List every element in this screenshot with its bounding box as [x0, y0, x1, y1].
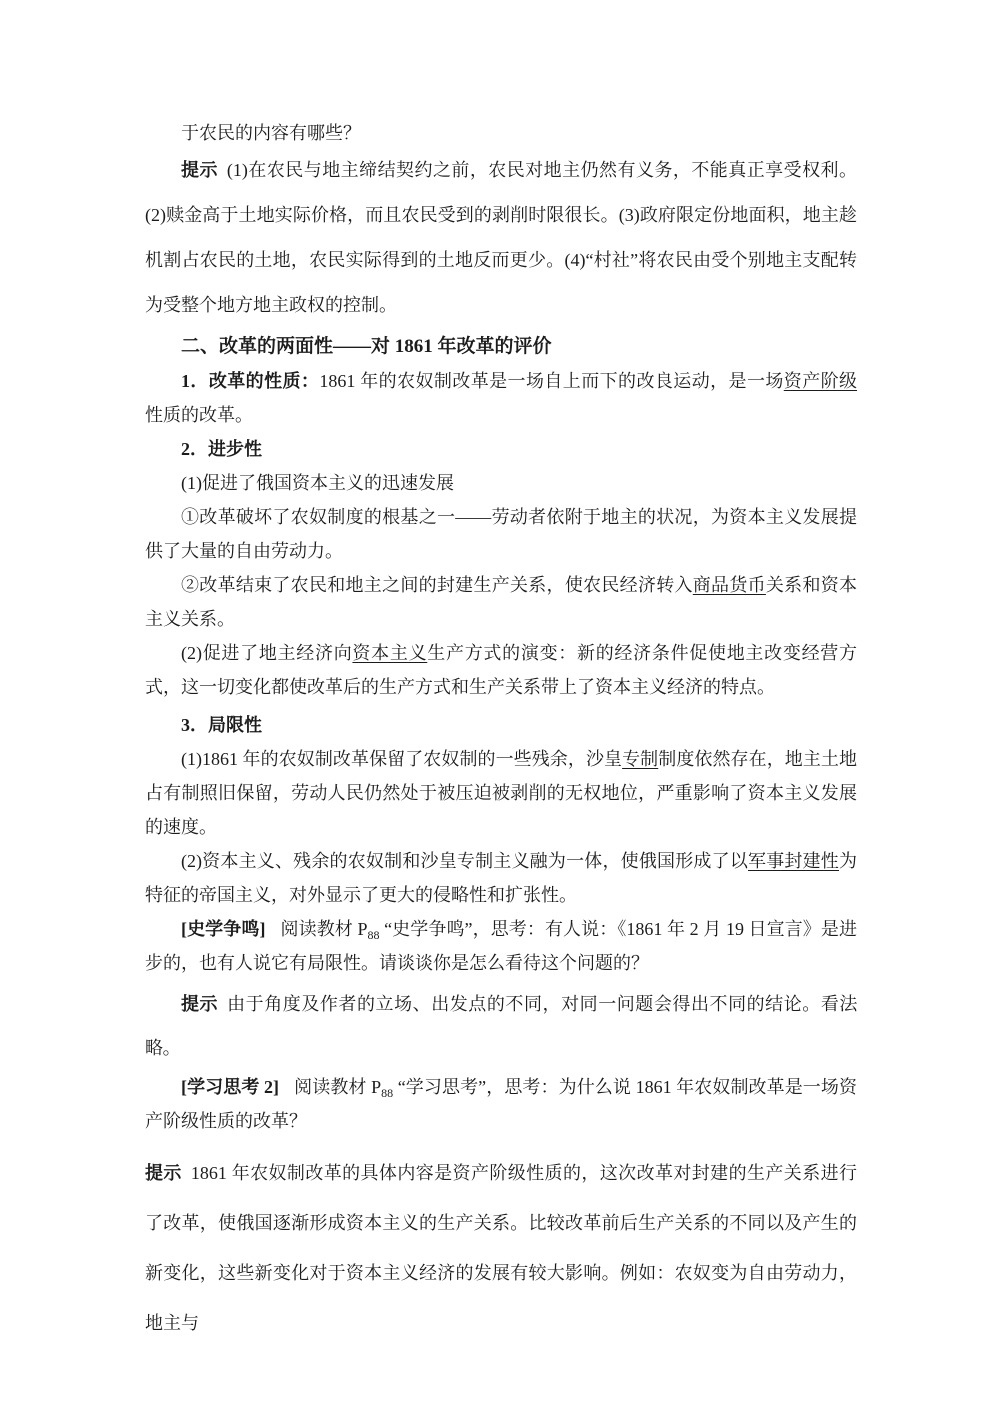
text-run: 阅读教材 P	[294, 1077, 381, 1097]
underlined-term: 军事封建性	[748, 851, 839, 871]
text-run: (1)促进了俄国资本主义的迅速发展	[181, 473, 454, 493]
label-text: 提示	[181, 994, 218, 1014]
text-run: 1861 年农奴制改革的具体内容是资产阶级性质的，这次改革对封建的生产关系进行了…	[145, 1163, 857, 1333]
label-text: 1．改革的性质：	[181, 371, 319, 391]
hint-answer-2: 提示由于角度及作者的立场、出发点的不同，对同一问题会得出不同的结论。看法略。	[145, 982, 857, 1070]
progress-item-1-sub-1: ①改革破坏了农奴制度的根基之一——劳动者依附于地主的状况，为资本主义发展提供了大…	[145, 500, 857, 568]
text-run: (2)资本主义、残余的农奴制和沙皇专制主义融为一体，使俄国形成了以	[181, 851, 748, 871]
document-page: { "page": { "background_color": "#ffffff…	[0, 0, 1000, 1414]
page-number-subscript: 88	[368, 928, 380, 942]
limitation-item-1: (1)1861 年的农奴制改革保留了农奴制的一些残余，沙皇专制制度依然存在，地主…	[145, 742, 857, 844]
text-run: ①改革破坏了农奴制度的根基之一——劳动者依附于地主的状况，为资本主义发展提供了大…	[145, 507, 857, 561]
xuexi-sikao-2-block: [学习思考 2]阅读教材 P88 “学习思考”，思考：为什么说 1861 年农奴…	[145, 1070, 857, 1138]
hint-answer-3: 提示1861 年农奴制改革的具体内容是资产阶级性质的，这次改革对封建的生产关系进…	[145, 1148, 857, 1348]
text-run: 二、改革的两面性——对 1861 年改革的评价	[181, 336, 552, 357]
text-run: 3．局限性	[181, 715, 262, 735]
page-number-subscript: 88	[381, 1086, 393, 1100]
text-run: 于农民的内容有哪些？	[181, 123, 361, 143]
underlined-term: 资产阶级	[784, 371, 857, 391]
progress-item-2: (2)促进了地主经济向资本主义生产方式的演变：新的经济条件促使地主改变经营方式，…	[145, 636, 857, 704]
underlined-term: 商品货币	[693, 575, 766, 595]
text-run: 阅读教材 P	[280, 919, 367, 939]
text-run: 性质的改革。	[145, 405, 253, 425]
text-run: 2．进步性	[181, 439, 262, 459]
document-body: 于农民的内容有哪些？提示(1)在农民与地主缔结契约之前，农民对地主仍然有义务，不…	[145, 118, 857, 1348]
progress-item-1-sub-2: ②改革结束了农民和地主之间的封建生产关系，使农民经济转入商品货币关系和资本主义关…	[145, 568, 857, 636]
point-1-reform-nature: 1．改革的性质：1861 年的农奴制改革是一场自上而下的改良运动，是一场资产阶级…	[145, 364, 857, 432]
limitation-item-2: (2)资本主义、残余的农奴制和沙皇专制主义融为一体，使俄国形成了以军事封建性为特…	[145, 844, 857, 912]
text-run: ②改革结束了农民和地主之间的封建生产关系，使农民经济转入	[181, 575, 693, 595]
text-run: 1861 年的农奴制改革是一场自上而下的改良运动，是一场	[319, 371, 783, 391]
label-text: 提示	[181, 160, 218, 180]
hint-answer-1: 提示(1)在农民与地主缔结契约之前，农民对地主仍然有义务，不能真正享受权利。(2…	[145, 148, 857, 328]
text-run: (1)1861 年的农奴制改革保留了农奴制的一些残余，沙皇	[181, 749, 622, 769]
label-text: [史学争鸣]	[181, 919, 265, 939]
underlined-term: 资本主义	[352, 643, 427, 663]
progress-item-1-title: (1)促进了俄国资本主义的迅速发展	[145, 466, 857, 500]
text-run: (1)在农民与地主缔结契约之前，农民对地主仍然有义务，不能真正享受权利。(2)赎…	[145, 160, 857, 315]
underlined-term: 专制	[622, 749, 658, 769]
shixue-zhengming-block: [史学争鸣]阅读教材 P88 “史学争鸣”，思考：有人说：《1861 年 2 月…	[145, 912, 857, 980]
question-tail-line: 于农民的内容有哪些？	[145, 118, 857, 148]
point-3-limitations: 3．局限性	[145, 708, 857, 742]
label-text: 提示	[145, 1163, 182, 1183]
point-2-progressiveness: 2．进步性	[145, 432, 857, 466]
text-run: (2)促进了地主经济向	[181, 643, 352, 663]
label-text: [学习思考 2]	[181, 1077, 279, 1097]
text-run: 由于角度及作者的立场、出发点的不同，对同一问题会得出不同的结论。看法略。	[145, 994, 857, 1058]
section-heading-two: 二、改革的两面性——对 1861 年改革的评价	[145, 330, 857, 364]
